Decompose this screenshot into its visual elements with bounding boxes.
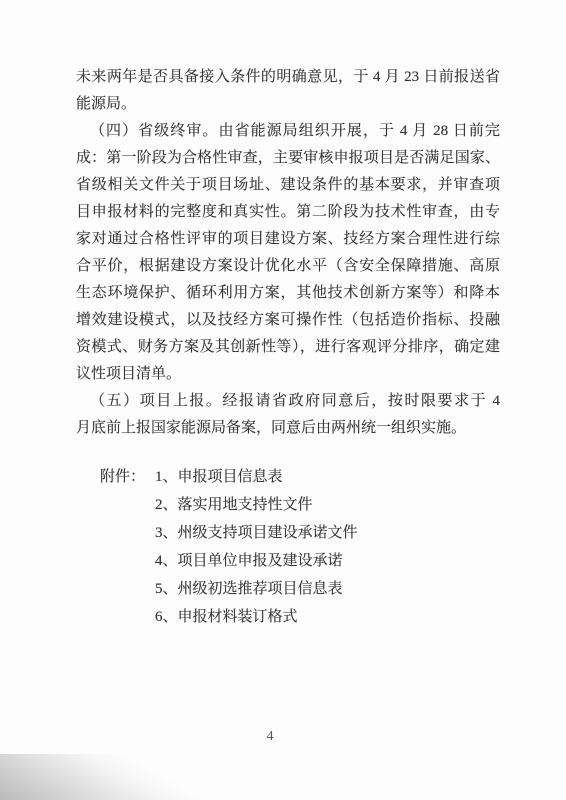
attachment-list: 附件：1、申报项目信息表2、落实用地支持性文件3、州级支持项目建设承诺文件4、项…	[76, 463, 500, 631]
attachment-label: 附件：	[100, 463, 155, 491]
document-page: 未来两年是否具备接入条件的明确意见，于 4 月 23 日前报送省能源局。（四）省…	[0, 0, 566, 800]
body-line: 成：第一阶段为合格性审查，主要审核申报项目是否满足国家、	[76, 145, 500, 172]
attachment-row: 附件：1、申报项目信息表	[76, 463, 500, 491]
attachment-item: 3、州级支持项目建设承诺文件	[155, 525, 358, 541]
attachment-row: 6、申报材料装订格式	[76, 603, 500, 631]
attachment-item: 4、项目单位申报及建设承诺	[155, 553, 343, 569]
body-line: 省级相关文件关于项目场址、建设条件的基本要求，并审查项	[76, 172, 500, 199]
body-line: 资模式、财务方案及其创新性等），进行客观评分排序，确定建	[76, 334, 500, 361]
body-line: 合平价，根据建设方案设计优化水平（含安全保障措施、高原	[76, 253, 500, 280]
body-line: 家对通过合格性评审的项目建设方案、技经方案合理性进行综	[76, 226, 500, 253]
body-line: 议性项目清单。	[76, 361, 500, 388]
document-body: 未来两年是否具备接入条件的明确意见，于 4 月 23 日前报送省能源局。（四）省…	[76, 64, 500, 442]
attachment-row: 5、州级初选推荐项目信息表	[76, 575, 500, 603]
attachment-item: 5、州级初选推荐项目信息表	[155, 581, 343, 597]
body-line: 未来两年是否具备接入条件的明确意见，于 4 月 23 日前报送省	[76, 64, 500, 91]
attachment-row: 3、州级支持项目建设承诺文件	[76, 519, 500, 547]
attachment-row: 2、落实用地支持性文件	[76, 491, 500, 519]
body-line: 生态环境保护、循环利用方案，其他技术创新方案等）和降本	[76, 280, 500, 307]
body-line: 月底前上报国家能源局备案，同意后由两州统一组织实施。	[76, 415, 500, 442]
body-line: （四）省级终审。由省能源局组织开展，于 4 月 28 日前完	[76, 118, 500, 145]
body-line: 增效建设模式，以及技经方案可操作性（包括造价指标、投融	[76, 307, 500, 334]
attachment-row: 4、项目单位申报及建设承诺	[76, 547, 500, 575]
attachment-item: 2、落实用地支持性文件	[155, 497, 313, 513]
body-line: 能源局。	[76, 91, 500, 118]
body-line: 目申报材料的完整度和真实性。第二阶段为技术性审查，由专	[76, 199, 500, 226]
page-number: 4	[0, 729, 540, 745]
attachment-item: 1、申报项目信息表	[155, 469, 283, 485]
attachment-item: 6、申报材料装订格式	[155, 609, 298, 625]
scan-shadow-bottom-left	[0, 754, 208, 800]
body-line: （五）项目上报。经报请省政府同意后，按时限要求于 4	[76, 388, 500, 415]
